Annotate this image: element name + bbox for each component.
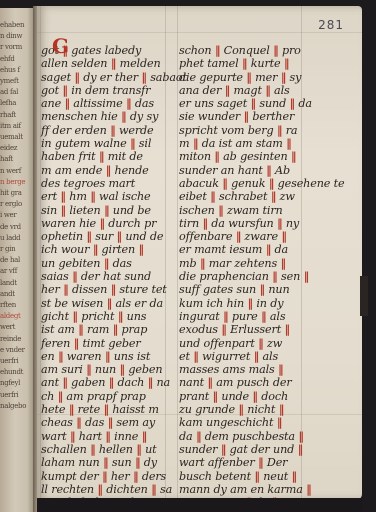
manuscript-line: sunder ‖ gat der und ‖ <box>179 443 327 456</box>
facing-page-text: ad fal <box>0 89 34 95</box>
facing-page-text: uerfri <box>0 358 34 364</box>
facing-page-text: aldegt <box>0 313 34 319</box>
manuscript-line: kum ich hin ‖ in dy <box>179 297 327 310</box>
manuscript-line: spricht vom berg ‖ ra <box>179 124 327 137</box>
manuscript-line: busch betent ‖ neut ‖ <box>179 470 327 483</box>
manuscript-line: ert ‖ hm ‖ wal ische <box>41 190 166 203</box>
page-shadow <box>37 498 362 512</box>
facing-page-text: ehaben <box>0 22 34 28</box>
manuscript-line: m ‖ da ist am stam ‖ <box>179 137 327 150</box>
facing-page-text: rhaft <box>0 112 34 118</box>
manuscript-line: da ‖ dem puschbesta ‖ <box>179 430 327 443</box>
manuscript-line: masses ams mals ‖ <box>179 363 327 376</box>
manuscript-line: prant ‖ unde ‖ doch <box>179 390 327 403</box>
rubricated-initial: G <box>52 36 69 56</box>
manuscript-page: 281 G got ‖ gates labedyallen selden ‖ m… <box>37 6 362 500</box>
manuscript-line: sie wunder ‖ berther <box>179 110 327 123</box>
facing-page-text: uerfri <box>0 392 34 398</box>
facing-page-text: n berge <box>0 179 34 185</box>
manuscript-line: schon ‖ Conquel ‖ pro <box>179 44 327 57</box>
manuscript-line: die gepurte ‖ mer ‖ sy <box>179 71 327 84</box>
manuscript-line: st be wisen ‖ als er da <box>41 297 166 310</box>
manuscript-line: haben frit ‖ mit de <box>41 150 166 163</box>
facing-page-text: ngfeyl <box>0 380 34 386</box>
manuscript-line: zu grunde ‖ nicht ‖ <box>179 403 327 416</box>
text-column-a: G got ‖ gates labedyallen selden ‖ melde… <box>41 44 166 509</box>
facing-page-text: nalgebo <box>0 403 34 409</box>
facing-page-text: ehfd <box>0 56 34 62</box>
manuscript-line: mb ‖ mar zehtens ‖ <box>179 257 327 270</box>
manuscript-line: et ‖ wigurret ‖ als <box>179 350 327 363</box>
facing-page-text: ehus f <box>0 67 34 73</box>
manuscript-line: ch ‖ am prapf prap <box>41 390 166 403</box>
manuscript-line: abacuk ‖ genuk ‖ gesehene te <box>179 177 327 190</box>
manuscript-line: waren hie ‖ durch pr <box>41 217 166 230</box>
manuscript-line: des tegroes mart <box>41 177 166 190</box>
manuscript-line: offenbare ‖ zware ‖ <box>179 230 327 243</box>
manuscript-line: ophetin ‖ sur ‖ und de <box>41 230 166 243</box>
manuscript-line: wart ‖ hart ‖ inne ‖ <box>41 430 166 443</box>
manuscript-line: ane ‖ altissime ‖ das <box>41 97 166 110</box>
facing-page-text: landt <box>0 280 34 286</box>
facing-page-text: hit gra <box>0 190 34 196</box>
manuscript-line: nant ‖ am pusch der <box>179 376 327 389</box>
manuscript-line: saias ‖ der hat sund <box>41 270 166 283</box>
manuscript-line: un gebiten ‖ das <box>41 257 166 270</box>
manuscript-line: hete ‖ rete ‖ haisst m <box>41 403 166 416</box>
manuscript-line: m am ende ‖ hende <box>41 164 166 177</box>
facing-page-text: haft <box>0 156 34 162</box>
manuscript-line: sin ‖ lieten ‖ und be <box>41 204 166 217</box>
manuscript-line: phet tamel ‖ kurte ‖ <box>179 57 327 70</box>
facing-page-text: r gin <box>0 246 34 252</box>
manuscript-line: eibet ‖ schrabet ‖ zw <box>179 190 327 203</box>
manuscript-line: tirn ‖ da wursfun ‖ ny <box>179 217 327 230</box>
manuscript-line: er uns saget ‖ sund ‖ da <box>179 97 327 110</box>
manuscript-line: got ‖ in dem transfr <box>41 84 166 97</box>
manuscript-line: die praphencian ‖ sen ‖ <box>179 270 327 283</box>
manuscript-line: saget ‖ dy er ther ‖ sabaot <box>41 71 166 84</box>
facing-page-text: r erglo <box>0 201 34 207</box>
manuscript-line: kam ungeschicht ‖ <box>179 416 327 429</box>
manuscript-line: exodus ‖ Erlussert ‖ <box>179 323 327 336</box>
manuscript-line: am suri ‖ nun ‖ geben <box>41 363 166 376</box>
facing-page-text: wert <box>0 324 34 330</box>
manuscript-line: ll rechten ‖ dichten ‖ sa <box>41 483 166 496</box>
manuscript-line: cheas ‖ das ‖ sem ay <box>41 416 166 429</box>
facing-page-text: uemalt <box>0 134 34 140</box>
manuscript-line: mann dy am en karma ‖ <box>179 483 327 496</box>
manuscript-line: suff gates sun ‖ nun <box>179 283 327 296</box>
manuscript-line: wart affenber ‖ Der <box>179 456 327 469</box>
manuscript-line: menschen hie ‖ dy sy <box>41 110 166 123</box>
facing-page-text: ar vff <box>0 268 34 274</box>
facing-page-text: de vrd <box>0 224 34 230</box>
facing-page-text: r vorm <box>0 44 34 50</box>
manuscript-line: ist am ‖ ram ‖ prap <box>41 323 166 336</box>
manuscript-line: kumpt der ‖ her ‖ ders <box>41 470 166 483</box>
manuscript-line: feren ‖ timt geber <box>41 337 166 350</box>
facing-page-text: ehundt <box>0 369 34 375</box>
manuscript-line: schallen ‖ hellen ‖ ut <box>41 443 166 456</box>
facing-page-text: n werf <box>0 168 34 174</box>
manuscript-line: gicht ‖ pricht ‖ uns <box>41 310 166 323</box>
manuscript-line: und offenpart ‖ zw <box>179 337 327 350</box>
facing-page-edge: ehabenn dinwr vormehfdehus fymeftad fall… <box>0 8 34 512</box>
manuscript-line: ischen ‖ zwam tirn <box>179 204 327 217</box>
facing-page-text: de hal <box>0 257 34 263</box>
facing-page-text: lefha <box>0 100 34 106</box>
manuscript-line: ff der erden ‖ werde <box>41 124 166 137</box>
manuscript-line: er mamt iesum ‖ da <box>179 243 327 256</box>
facing-page-text: itm aif <box>0 123 34 129</box>
facing-page-text: andt <box>0 291 34 297</box>
folio-number: 281 <box>318 18 344 32</box>
facing-page-text: e vnder <box>0 347 34 353</box>
manuscript-line: laham nun ‖ sun ‖ dy <box>41 456 166 469</box>
manuscript-line: ingurat ‖ pure ‖ als <box>179 310 327 323</box>
facing-page-text: reinde <box>0 336 34 342</box>
manuscript-line: her ‖ dissen ‖ sture tet <box>41 283 166 296</box>
manuscript-line: ana der ‖ magt ‖ als <box>179 84 327 97</box>
manuscript-line: ant ‖ gaben ‖ dach ‖ na <box>41 376 166 389</box>
manuscript-line: sunder an hant ‖ Ab <box>179 164 327 177</box>
facing-page-text: i wer <box>0 212 34 218</box>
text-column-b: D schon ‖ Conquel ‖ prophet tamel ‖ kurt… <box>179 44 327 509</box>
page-edge-notch <box>360 276 368 316</box>
manuscript-line: allen selden ‖ melden <box>41 57 166 70</box>
facing-page-text: rften <box>0 302 34 308</box>
manuscript-line: ich wour ‖ girten ‖ <box>41 243 166 256</box>
facing-page-text: ymeft <box>0 78 34 84</box>
ruling-line <box>37 32 362 33</box>
manuscript-line: en ‖ waren ‖ uns ist <box>41 350 166 363</box>
manuscript-line: in gutem walne ‖ sil <box>41 137 166 150</box>
facing-page-text: u ladd <box>0 235 34 241</box>
facing-page-text: n dinw <box>0 33 34 39</box>
facing-page-text: eidez <box>0 145 34 151</box>
manuscript-line: miton ‖ ab gesinten ‖ <box>179 150 327 163</box>
